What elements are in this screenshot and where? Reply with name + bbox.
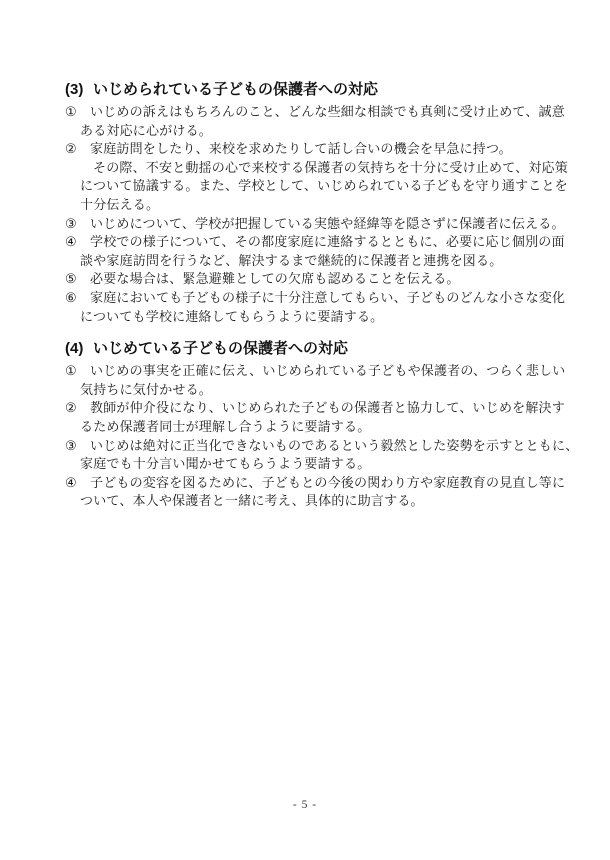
section-3-heading: (3)いじめられている子どもの保護者への対応 xyxy=(65,80,565,100)
item-text: 必要な場合は、緊急避難としての欠席も認めることを伝える。 xyxy=(90,271,460,286)
list-item: ③いじめについて、学校が把握している実態や経緯等を隠さずに保護者に伝える。 xyxy=(65,215,565,234)
item-marker: ② xyxy=(65,140,90,159)
item-text: 学校での様子について、その都度家庭に連絡するとともに、必要に応じ個別の面 xyxy=(90,234,565,249)
item-text: についても学校に連絡してもらうように要請する。 xyxy=(65,308,565,327)
item-marker: ④ xyxy=(65,233,90,252)
section-4: (4)いじめている子どもの保護者への対応 ①いじめの事実を正確に伝え、いじめられ… xyxy=(65,339,565,511)
item-text: 気持ちに気付かせる。 xyxy=(65,381,565,400)
section-number: (3) xyxy=(65,80,93,100)
item-marker: ① xyxy=(65,103,90,122)
item-text: いじめの事実を正確に伝え、いじめられている子どもや保護者の、つらく悲しい xyxy=(90,363,565,378)
item-text: ついて、本人や保護者と一緒に考え、具体的に助言する。 xyxy=(65,492,565,511)
page-number: - 5 - xyxy=(0,799,610,811)
item-text: について協議する。また、学校として、いじめられている子どもを守り通すことを xyxy=(65,177,565,196)
item-text: 談や家庭訪問を行うなど、解決するまで継続的に保護者と連携を図る。 xyxy=(65,252,565,271)
item-text: 家庭でも十分言い聞かせてもらうよう要請する。 xyxy=(65,455,565,474)
item-marker: ⑥ xyxy=(65,289,90,308)
item-text: 十分伝える。 xyxy=(65,196,565,215)
item-text: ある対応に心がける。 xyxy=(65,122,565,141)
section-3: (3)いじめられている子どもの保護者への対応 ①いじめの訴えはもちろんのこと、ど… xyxy=(65,80,565,326)
list-item: ①いじめの事実を正確に伝え、いじめられている子どもや保護者の、つらく悲しい 気持… xyxy=(65,362,565,399)
item-text: 子どもの変容を図るために、子どもとの今後の関わり方や家庭教育の見直し等に xyxy=(90,475,565,490)
item-text: いじめの訴えはもちろんのこと、どんな些細な相談でも真剣に受け止めて、誠意 xyxy=(90,104,565,119)
item-text: 家庭訪問をしたり、来校を求めたりして話し合いの機会を早急に持つ。 xyxy=(90,141,512,156)
item-text: いじめは絶対に正当化できないものであるという毅然とした姿勢を示すとともに、 xyxy=(90,438,578,453)
item-text: 家庭においても子どもの様子に十分注意してもらい、子どものどんな小さな変化 xyxy=(90,290,565,305)
section-number: (4) xyxy=(65,339,93,359)
item-marker: ④ xyxy=(65,474,90,493)
list-item: ②教師が仲介役になり、いじめられた子どもの保護者と協力して、いじめを解決す るた… xyxy=(65,399,565,436)
item-marker: ③ xyxy=(65,437,90,456)
list-item: ⑥家庭においても子どもの様子に十分注意してもらい、子どものどんな小さな変化 につ… xyxy=(65,289,565,326)
list-item: ③いじめは絶対に正当化できないものであるという毅然とした姿勢を示すとともに、 家… xyxy=(65,437,565,474)
list-item: ①いじめの訴えはもちろんのこと、どんな些細な相談でも真剣に受け止めて、誠意 ある… xyxy=(65,103,565,140)
item-text: るため保護者同士が理解し合うように要請する。 xyxy=(65,418,565,437)
item-text: その際、不安と動揺の心で来校する保護者の気持ちを十分に受け止めて、対応策 xyxy=(65,159,565,178)
item-marker: ⑤ xyxy=(65,270,90,289)
list-item: ④子どもの変容を図るために、子どもとの今後の関わり方や家庭教育の見直し等に つい… xyxy=(65,474,565,511)
section-title: いじめている子どもの保護者への対応 xyxy=(93,340,348,357)
section-title: いじめられている子どもの保護者への対応 xyxy=(93,81,378,98)
item-marker: ② xyxy=(65,399,90,418)
document-page: (3)いじめられている子どもの保護者への対応 ①いじめの訴えはもちろんのこと、ど… xyxy=(0,0,610,860)
list-item: ⑤必要な場合は、緊急避難としての欠席も認めることを伝える。 xyxy=(65,270,565,289)
section-4-heading: (4)いじめている子どもの保護者への対応 xyxy=(65,339,565,359)
item-marker: ③ xyxy=(65,215,90,234)
item-text: 教師が仲介役になり、いじめられた子どもの保護者と協力して、いじめを解決す xyxy=(90,400,565,415)
list-item: ④学校での様子について、その都度家庭に連絡するとともに、必要に応じ個別の面 談や… xyxy=(65,233,565,270)
item-marker: ① xyxy=(65,362,90,381)
item-text: いじめについて、学校が把握している実態や経緯等を隠さずに保護者に伝える。 xyxy=(90,216,565,231)
document-content: (3)いじめられている子どもの保護者への対応 ①いじめの訴えはもちろんのこと、ど… xyxy=(65,80,565,511)
list-item: ②家庭訪問をしたり、来校を求めたりして話し合いの機会を早急に持つ。 その際、不安… xyxy=(65,140,565,214)
